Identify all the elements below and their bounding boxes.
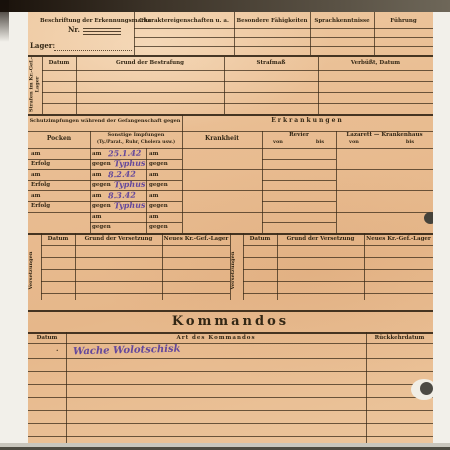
form-card: Beschriftung der Erkennungsmarke Nr. Lag… [28,12,433,443]
scan-edge-top [0,0,450,12]
rule [41,257,230,258]
col-conduct: Führung [374,18,433,24]
col-datum: Datum [243,236,277,242]
rule [277,233,278,300]
col-neues-lager: Neues Kr.-Gef.-Lager [162,236,230,242]
rule [364,233,365,300]
punch-hole [420,382,433,395]
impf-value-handwritten: Typhus [114,200,146,211]
rule [42,92,433,93]
rule [182,115,183,233]
illnesses-header: Erkrankungen [182,118,433,125]
rule [28,148,433,149]
kommandos-title: Kommandos [28,315,433,330]
pocken-erfolg-label: Erfolg [31,161,50,167]
col-verbuesst: Verbüßt, Datum [318,60,433,66]
rule [336,190,433,191]
impf-label: am [149,214,158,220]
rule [41,269,230,270]
col-grund-versetzung: Grund der Versetzung [277,236,364,242]
impf-label: gegen [149,203,168,209]
rule [28,371,433,372]
col-rueckkehrdatum: Rückkehrdatum [366,335,433,341]
section-divider [28,114,433,116]
col-languages: Sprachkenntnisse [310,18,374,24]
rule [262,180,336,181]
rule [28,423,433,424]
impf-label: am [92,193,101,199]
impf-label: gegen [149,182,168,188]
id-block-title: Beschriftung der Erkennungsmarke [40,18,144,24]
rule [243,233,244,300]
vaccinations-header: Schutzimpfungen während der Gefangenscha… [28,119,182,125]
rule [28,436,433,437]
rule [42,103,433,104]
impf-value-handwritten: 8.2.42 [108,169,136,180]
col-pocken: Pocken [28,136,90,143]
col-datum: Datum [28,335,66,341]
rule [28,190,90,191]
col-datum: Datum [41,236,75,242]
col-sonstige-1: Sonstige Impfungen [90,133,182,139]
transfers-side-label: Versetzungen [230,233,243,308]
pocken-am-label: am [31,193,40,199]
pocken-am-label: am [31,151,40,157]
rule [134,46,433,47]
rule [28,358,433,359]
rule [336,212,433,213]
impf-label: am [92,172,101,178]
impf-label: am [149,193,158,199]
rule [262,212,336,213]
impf-value-handwritten: Typhus [114,179,146,190]
rule [66,332,67,443]
scanned-personnel-card: Beschriftung der Erkennungsmarke Nr. Lag… [0,0,450,450]
impf-label: am [92,151,101,157]
nr-label: Nr. [68,26,80,34]
rule [336,169,433,170]
impf-label: gegen [92,203,111,209]
impf-value-handwritten: 8.3.42 [108,190,136,201]
rule [28,384,433,385]
col-character: Charaktereigenschaften u. a. [134,18,234,24]
rule [28,169,90,170]
rule [90,190,182,191]
col-grund-bestrafung: Grund der Bestrafung [76,60,224,66]
col-revier: Revier [262,132,336,138]
rule [28,201,90,202]
impf-label: gegen [92,182,111,188]
rule [262,190,336,191]
impf-label: gegen [92,161,111,167]
col-datum: Datum [42,60,76,66]
col-art-kommandos: Art des Kommandos [66,335,366,341]
rule [28,397,433,398]
rule [182,169,262,170]
col-neues-lager: Neues Kr.-Gef.-Lager [364,236,433,242]
rule [134,37,433,38]
rule [90,169,182,170]
label-bis: bis [400,140,420,146]
rule [262,131,263,233]
lager-label: Lager: [30,42,55,50]
col-abilities: Besondere Fähigkeiten [234,18,310,24]
rule [28,212,90,213]
rule [42,81,433,82]
rule [262,201,336,202]
col-strafmass: Strafmaß [224,60,318,66]
label-von: von [268,140,288,146]
rule [336,131,337,233]
lager-blank-line [54,44,132,51]
col-sonstige-2: (Ty./Parat., Ruhr, Cholera usw.) [90,140,182,145]
rule [182,190,262,191]
rule [28,343,433,344]
rule [28,159,90,160]
rule [28,180,90,181]
rule [366,332,367,443]
card-fold-line [28,310,433,312]
scan-edge-corner [0,0,9,42]
punch-hole [424,212,433,224]
impf-label: am [149,151,158,157]
rule [262,159,336,160]
rule [90,222,182,223]
rule [134,28,433,29]
label-von: von [344,140,364,146]
impf-label: am [92,214,101,220]
kommando-datum-mark: · [56,347,58,355]
rule [90,212,182,213]
pocken-erfolg-label: Erfolg [31,182,50,188]
impf-label: gegen [149,224,168,230]
punishments-side-label: Strafen im Kr.-Gef.-Lager [29,56,42,114]
rule [28,410,433,411]
rule [28,332,433,334]
rule [243,281,433,282]
rule [41,293,230,294]
rule [243,257,433,258]
rule [243,245,433,246]
transfers-side-label: Versetzungen [28,233,41,308]
rule [75,233,76,300]
kommando-entry-handwritten: Wache Wolotschisk [73,344,181,358]
rule [262,169,336,170]
rule [262,222,336,223]
col-grund-versetzung: Grund der Versetzung [75,236,162,242]
rule [230,233,231,300]
rule [162,233,163,300]
impf-label: am [149,172,158,178]
impf-label: gegen [149,161,168,167]
rule [243,269,433,270]
rule [41,281,230,282]
rule [42,70,433,71]
section-divider [28,55,433,57]
nr-blank-lines [83,28,121,37]
impf-label: gegen [92,224,111,230]
rule [41,233,42,300]
pocken-erfolg-label: Erfolg [31,203,50,209]
impf-value-handwritten: Typhus [114,158,146,169]
rule [90,131,91,233]
rule [243,293,433,294]
label-bis: bis [310,140,330,146]
rule [182,212,262,213]
rule [41,245,230,246]
col-lazarett: Lazarett — Krankenhaus [336,132,433,138]
col-krankheit: Krankheit [182,136,262,143]
pocken-am-label: am [31,172,40,178]
